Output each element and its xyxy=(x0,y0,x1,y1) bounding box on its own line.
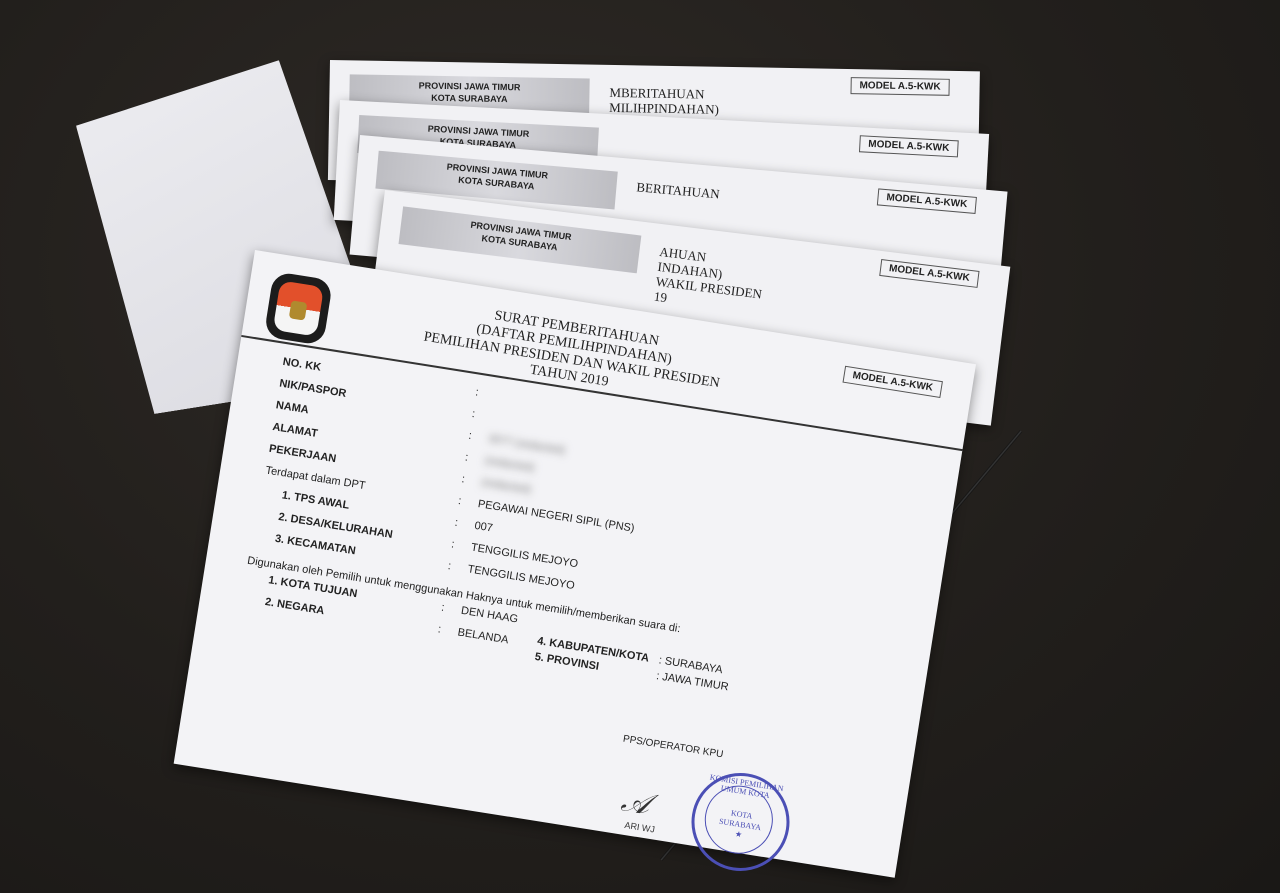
letter-title-fragment: AHUAN INDAHAN) WAKIL PRESIDEN 19 xyxy=(653,244,766,317)
field-colon: : xyxy=(464,452,469,464)
field-colon: : xyxy=(450,538,455,550)
field-colon: : xyxy=(440,602,445,614)
field-colon: : xyxy=(447,560,452,572)
field-colon: : xyxy=(437,623,442,635)
model-label: MODEL A.5-KWK xyxy=(859,135,959,157)
official-stamp: KOMISI PEMILIHAN UMUM KOTA KOTA SURABAYA… xyxy=(684,766,796,878)
kpu-logo xyxy=(264,271,334,346)
field-colon: : xyxy=(457,495,462,507)
model-label: MODEL A.5-KWK xyxy=(877,188,977,214)
voter-notification-letter: SURAT PEMBERITAHUAN (DAFTAR PEMILIHPINDA… xyxy=(174,250,976,878)
garuda-emblem-icon xyxy=(273,280,324,336)
model-label: MODEL A.5-KWK xyxy=(879,259,979,288)
tps-value: 007 xyxy=(474,520,494,535)
model-label: MODEL A.5-KWK xyxy=(842,366,943,398)
field-colon: : xyxy=(471,408,476,420)
field-colon: : xyxy=(461,473,466,485)
model-label: MODEL A.5-KWK xyxy=(850,77,949,96)
signature-role: PPS/OPERATOR KPU xyxy=(622,734,724,761)
field-colon: : xyxy=(454,517,459,529)
field-colon: : xyxy=(468,430,473,442)
handwritten-signature: 𝒜 xyxy=(619,784,652,822)
letter-header-band: PROVINSI JAWA TIMUR KOTA SURABAYA xyxy=(399,206,642,273)
letter-title-fragment: BERITAHUAN xyxy=(636,179,720,201)
signer-name: ARI WJ xyxy=(624,820,656,835)
field-colon: : xyxy=(475,386,480,398)
voter-fields: NO. KK : NIK/PASPOR : NAMA : 35?? (redac… xyxy=(243,356,713,683)
garuda-icon xyxy=(289,300,308,320)
